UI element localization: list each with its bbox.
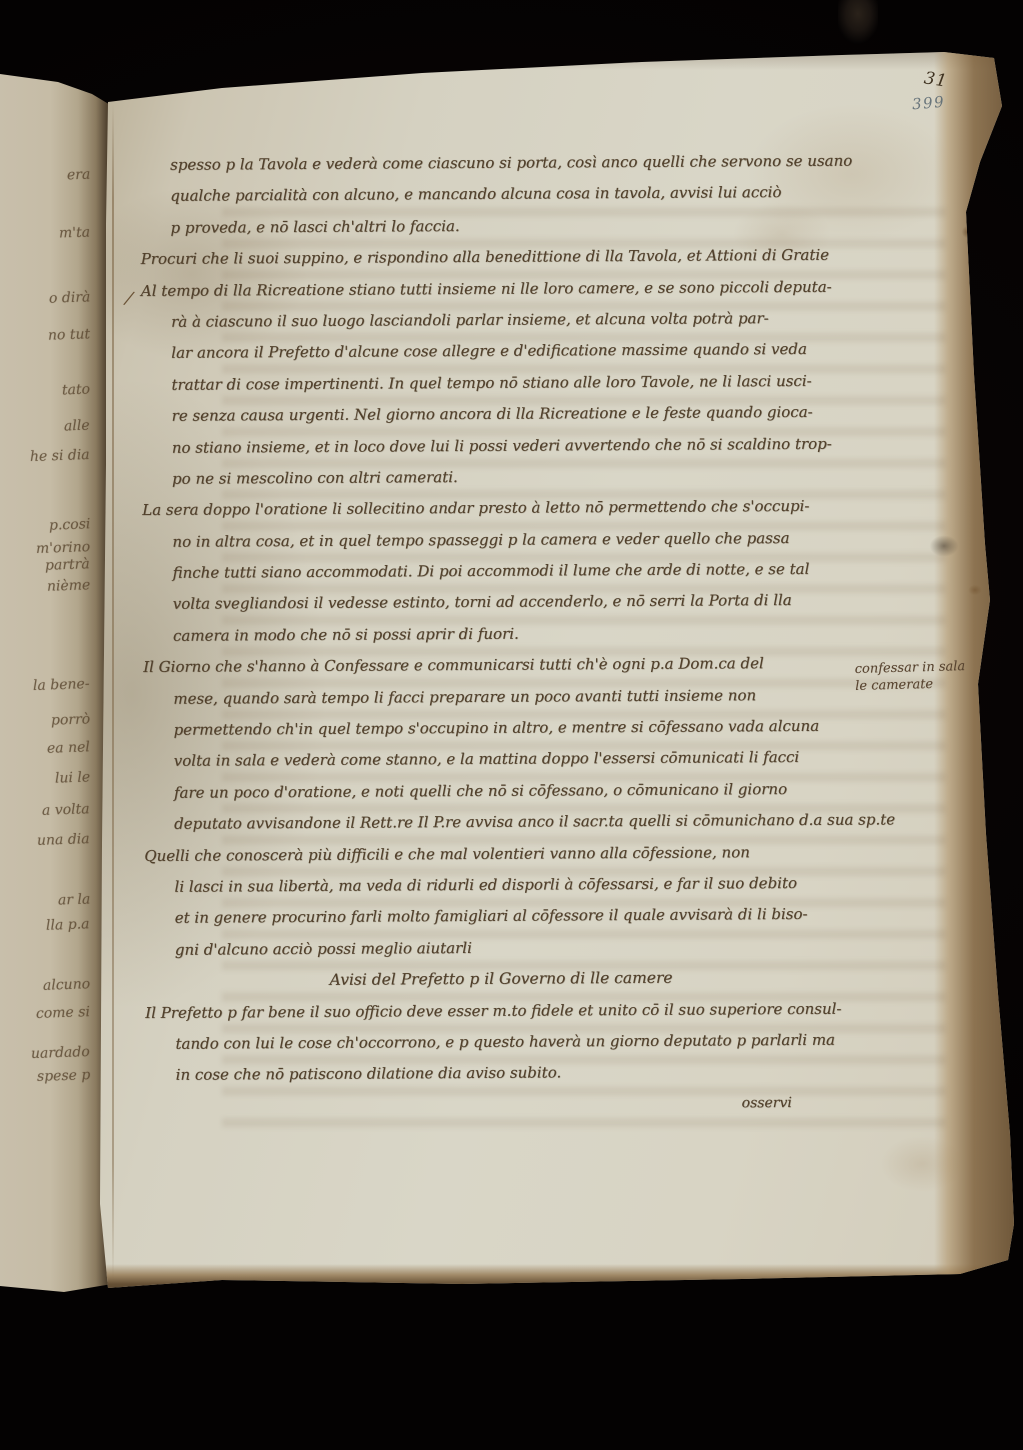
manuscript-line: gni d'alcuno acciò possi meglio aiutarli <box>139 930 863 966</box>
margin-note-line: le camerate <box>855 674 1005 695</box>
facing-page-fragment: o dirà <box>48 289 90 306</box>
manuscript-paragraph: Al tempo di lla Ricreatione stiano tutti… <box>135 271 860 495</box>
facing-page-edge: eram'tao diràno tuttatoallehe si diap.co… <box>0 0 114 1450</box>
facing-page-fragment: lui le <box>55 769 91 786</box>
manuscript-paragraph: spesso p la Tavola e vederà come ciascun… <box>134 146 859 245</box>
manuscript-photo: eram'tao diràno tuttatoallehe si diap.co… <box>0 0 1023 1450</box>
book-clasp-shadow <box>838 0 878 46</box>
facing-page-fragment: he si dia <box>30 447 90 465</box>
manuscript-line: deputato avvisandone il Rett.re Il P.re … <box>138 805 862 841</box>
facing-page-fragment: p.cosi <box>48 516 90 533</box>
manuscript-line: re senza causa urgenti. Nel giorno ancor… <box>136 397 860 433</box>
facing-page-fragment: una dia <box>37 831 90 849</box>
manuscript-line: trattar di cose impertinenti. In quel te… <box>135 365 859 401</box>
manuscript-line: camera in modo che nō si possi aprir di … <box>137 616 861 652</box>
manuscript-line: permettendo ch'in quel tempo s'occupino … <box>137 711 861 747</box>
manuscript-line: La sera doppo l'oratione li sollecitino … <box>136 491 860 527</box>
folio-number-ink: 31 <box>923 68 949 91</box>
manuscript-line: Al tempo di lla Ricreatione stiano tutti… <box>135 271 859 307</box>
manuscript-paragraph: La sera doppo l'oratione li sollecitino … <box>136 491 861 652</box>
facing-page-fragment: m'orino <box>36 539 91 557</box>
facing-page-fragment: porrò <box>51 711 91 728</box>
facing-page-fragment: nième <box>46 577 90 595</box>
facing-page-fragment: uardado <box>31 1044 90 1062</box>
facing-page-fragment: ar la <box>57 891 90 908</box>
facing-page-fragment: lla p.a <box>46 916 90 934</box>
manuscript-line: finche tutti siano accommodati. Di poi a… <box>136 554 860 590</box>
manuscript-line: osservi <box>140 1087 864 1123</box>
manuscript-line: lar ancora il Prefetto d'alcune cose all… <box>135 334 859 370</box>
manuscript-line: Procuri che li suoi suppino, e rispondin… <box>135 240 859 276</box>
manuscript-line: Quelli che conoscerà più difficili e che… <box>138 836 862 872</box>
manuscript-line: in cose che nō patiscono dilatione dia a… <box>140 1056 864 1092</box>
manuscript-line: volta in sala e vederà come stanno, e la… <box>138 742 862 778</box>
manuscript-paragraph: Il Prefetto p far bene il suo officio de… <box>139 993 864 1092</box>
manuscript-line: po ne si mescolino con altri camerati. <box>136 459 860 495</box>
margin-note: confessar in sala le camerate <box>855 657 1006 695</box>
facing-page-fragment: la bene- <box>33 676 90 694</box>
manuscript-line: Il Giorno che s'hanno à Confessare e com… <box>137 648 861 684</box>
facing-page-fragment: alcuno <box>43 976 91 994</box>
facing-page-fragment: alle <box>64 418 90 435</box>
manuscript-line: fare un poco d'oratione, e noti quelli c… <box>138 773 862 809</box>
manuscript-line: li lasci in sua libertà, ma veda di ridu… <box>138 868 862 904</box>
manuscript-line: Avisi del Prefetto p il Governo di lle c… <box>139 962 863 998</box>
facing-page-fragment: m'ta <box>59 224 91 241</box>
section-heading: Avisi del Prefetto p il Governo di lle c… <box>139 962 863 998</box>
manuscript-line: volta svegliandosi il vedesse estinto, t… <box>137 585 861 621</box>
manuscript-line: no in altra cosa, et in quel tempo spass… <box>136 522 860 558</box>
catchword: osservi <box>140 1087 864 1123</box>
folio-number-pencil: 399 <box>911 93 946 114</box>
manuscript-line: p proveda, e nō lasci ch'altri lo faccia… <box>134 208 858 244</box>
facing-page-fragment: a volta <box>42 801 90 819</box>
manuscript-line: no stiano insieme, et in loco dove lui l… <box>136 428 860 464</box>
manuscript-paragraph: Il Giorno che s'hanno à Confessare e com… <box>137 648 862 841</box>
manuscript-line: Il Prefetto p far bene il suo officio de… <box>139 993 863 1029</box>
facing-page-fragment: ea nel <box>47 739 90 756</box>
manuscript-paragraph: Procuri che li suoi suppino, e rispondin… <box>135 240 859 276</box>
manuscript-line: et in genere procurino farli molto famig… <box>139 899 863 935</box>
facing-page-fragment: tato <box>62 382 91 399</box>
manuscript-line: spesso p la Tavola e vederà come ciascun… <box>134 146 858 182</box>
facing-page-fragment: era <box>66 167 90 184</box>
manuscript-paragraph: Quelli che conoscerà più difficili e che… <box>138 836 863 966</box>
facing-page-fragment: partrà <box>45 556 90 574</box>
manuscript-line: qualche parcialità con alcuno, e mancand… <box>134 177 858 213</box>
gutter-crease <box>112 104 114 1282</box>
manuscript-line: tando con lui le cose ch'occorrono, e p … <box>139 1024 863 1060</box>
manuscript-line: rà à ciascuno il suo luogo lasciandoli p… <box>135 303 859 339</box>
facing-page-fragment: no tut <box>48 326 91 343</box>
facing-page-fragment: come si <box>36 1004 90 1022</box>
manuscript-line: mese, quando sarà tempo li facci prepara… <box>137 679 861 715</box>
facing-page-fragment: spese p <box>36 1067 90 1085</box>
handwritten-text-block: spesso p la Tavola e vederà come ciascun… <box>134 146 864 1124</box>
